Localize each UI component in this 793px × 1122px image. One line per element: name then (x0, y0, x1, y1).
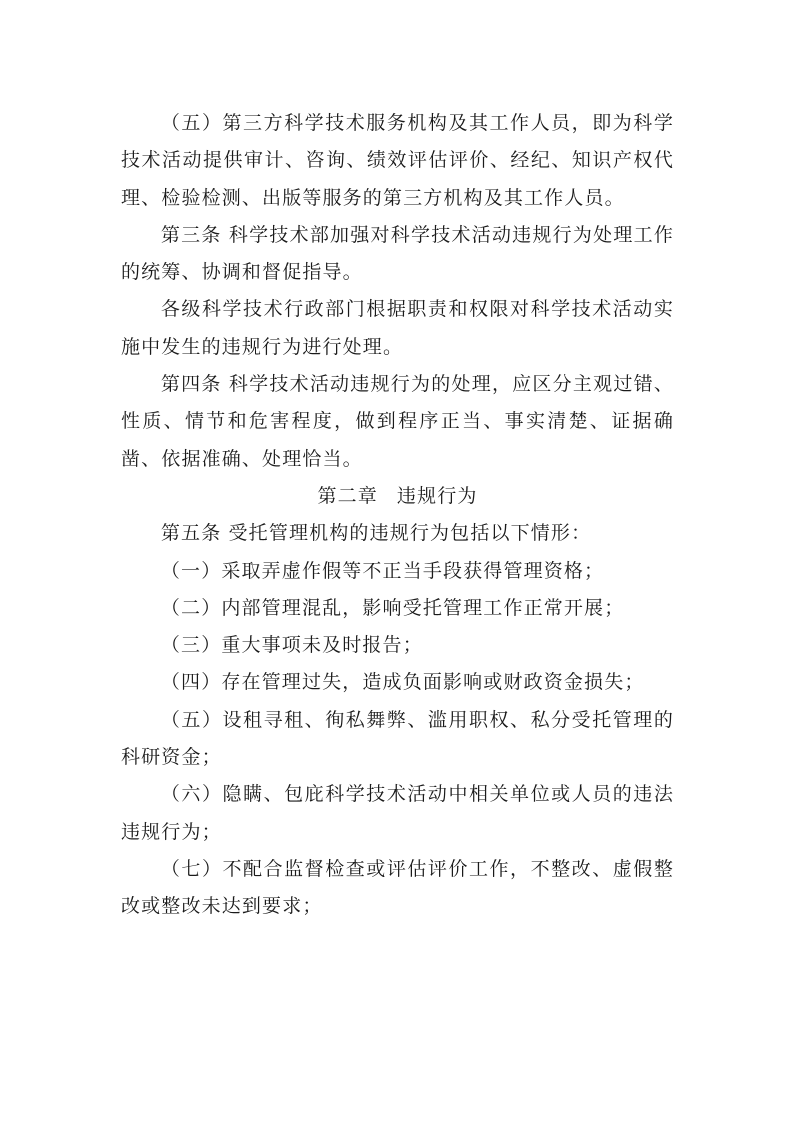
paragraph-article-4: 第四条 科学技术活动违规行为的处理，应区分主观过错、性质、情节和危害程度，做到程… (121, 366, 674, 478)
paragraph-article-3-cont: 各级科学技术行政部门根据职责和权限对科学技术活动实施中发生的违规行为进行处理。 (121, 291, 674, 366)
paragraph-article-3: 第三条 科学技术部加强对科学技术活动违规行为处理工作的统筹、协调和督促指导。 (121, 217, 674, 292)
paragraph-item-5-third-party: （五）第三方科学技术服务机构及其工作人员，即为科学技术活动提供审计、咨询、绩效评… (121, 105, 674, 217)
list-item: （二）内部管理混乱，影响受托管理工作正常开展； (121, 590, 674, 627)
list-item: （一）采取弄虚作假等不正当手段获得管理资格； (121, 553, 674, 590)
chapter-number: 第二章 (317, 485, 377, 507)
list-item: （五）设租寻租、徇私舞弊、滥用职权、私分受托管理的科研资金； (121, 702, 674, 777)
chapter-heading: 第二章违规行为 (121, 478, 674, 515)
document-page: （五）第三方科学技术服务机构及其工作人员，即为科学技术活动提供审计、咨询、绩效评… (121, 105, 674, 926)
list-item: （七）不配合监督检查或评估评价工作，不整改、虚假整改或整改未达到要求； (121, 851, 674, 926)
list-item: （三）重大事项未及时报告； (121, 627, 674, 664)
list-item: （四）存在管理过失，造成负面影响或财政资金损失； (121, 664, 674, 701)
list-item: （六）隐瞒、包庇科学技术活动中相关单位或人员的违法违规行为； (121, 776, 674, 851)
paragraph-article-5: 第五条 受托管理机构的违规行为包括以下情形： (121, 515, 674, 552)
chapter-title: 违规行为 (397, 485, 478, 507)
